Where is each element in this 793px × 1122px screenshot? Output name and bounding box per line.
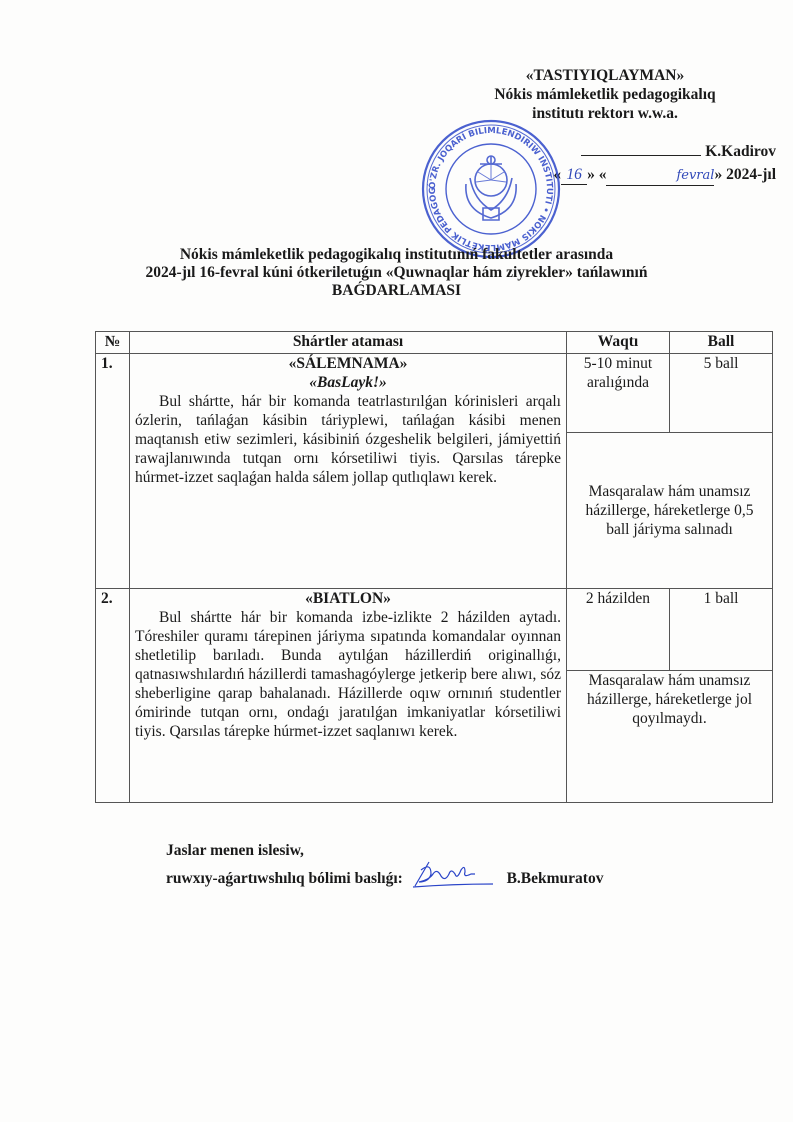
footer-line-1: Jaslar menen islesiw, xyxy=(166,841,603,860)
task-subtitle: «BasLayk!» xyxy=(135,373,561,392)
title-line-1: Nókis mámleketlik pedagogikalıq institut… xyxy=(60,246,733,264)
task-description: Bul shártte, hár bir komanda teatrlastır… xyxy=(135,392,561,487)
task-cell: «BIATLON» Bul shártte hár bir komanda iz… xyxy=(130,589,567,803)
task-time: 2 házilden xyxy=(567,589,670,671)
header-score: Ball xyxy=(670,332,773,354)
header-time: Waqtı xyxy=(567,332,670,354)
task-score: 5 ball xyxy=(670,354,773,433)
footer-position: ruwxıy-aǵartıwshılıq bólimi baslıǵı: xyxy=(166,870,403,887)
task-time: 5-10 minut aralıǵında xyxy=(567,354,670,433)
table-row: 2. «BIATLON» Bul shártte hár bir komanda… xyxy=(96,589,773,671)
footer-signer: B.Bekmuratov xyxy=(507,870,604,887)
penalty-note: Masqaralaw hám unamsız házillerge, hárek… xyxy=(567,433,773,589)
header-task-name: Shártler ataması xyxy=(130,332,567,354)
signature-line xyxy=(581,140,701,156)
task-name: «BIATLON» xyxy=(135,589,561,608)
approval-heading: «TASTIYIQLAYMAN» xyxy=(430,66,780,85)
footer-line-2: ruwxıy-aǵartıwshılıq bólimi baslıǵı: B.B… xyxy=(166,860,603,888)
official-stamp: Ó'ZR. JOQARÍ BILIMLENDIRIW INSTITUTI • N… xyxy=(420,118,562,260)
document-title: Nókis mámleketlik pedagogikalıq institut… xyxy=(60,246,733,300)
footer-signature-block: Jaslar menen islesiw, ruwxıy-aǵartıwshıl… xyxy=(166,841,603,888)
approval-line-institute: Nókis mámleketlik pedagogikalıq xyxy=(430,85,780,104)
task-name: «SÁLEMNAMA» xyxy=(135,354,561,373)
table-header-row: № Shártler ataması Waqtı Ball xyxy=(96,332,773,354)
title-line-3: BAǴDARLAMASI xyxy=(60,282,733,300)
penalty-note: Masqaralaw hám unamsız házillerge, hárek… xyxy=(567,671,773,803)
table-row: 1. «SÁLEMNAMA» «BasLayk!» Bul shártte, h… xyxy=(96,354,773,433)
row-number: 1. xyxy=(96,354,130,589)
signature-icon xyxy=(407,860,495,888)
title-line-2: 2024-jıl 16-fevral kúni ótkeriletuǵın «Q… xyxy=(60,264,733,282)
task-score: 1 ball xyxy=(670,589,773,671)
date-month: fevral xyxy=(606,166,714,186)
task-description: Bul shártte hár bir komanda izbe-izlikte… xyxy=(135,608,561,741)
date-day: 16 xyxy=(561,165,587,185)
program-table: № Shártler ataması Waqtı Ball 1. «SÁLEMN… xyxy=(95,331,773,803)
row-number: 2. xyxy=(96,589,130,803)
stamp-seal-icon: Ó'ZR. JOQARÍ BILIMLENDIRIW INSTITUTI • N… xyxy=(420,118,562,260)
header-number: № xyxy=(96,332,130,354)
task-cell: «SÁLEMNAMA» «BasLayk!» Bul shártte, hár … xyxy=(130,354,567,589)
approval-signer: K.Kadirov xyxy=(705,143,776,160)
svg-text:Ó'ZR. JOQARÍ BILIMLENDIRIW INS: Ó'ZR. JOQARÍ BILIMLENDIRIW INSTITUTI • N… xyxy=(420,118,554,252)
